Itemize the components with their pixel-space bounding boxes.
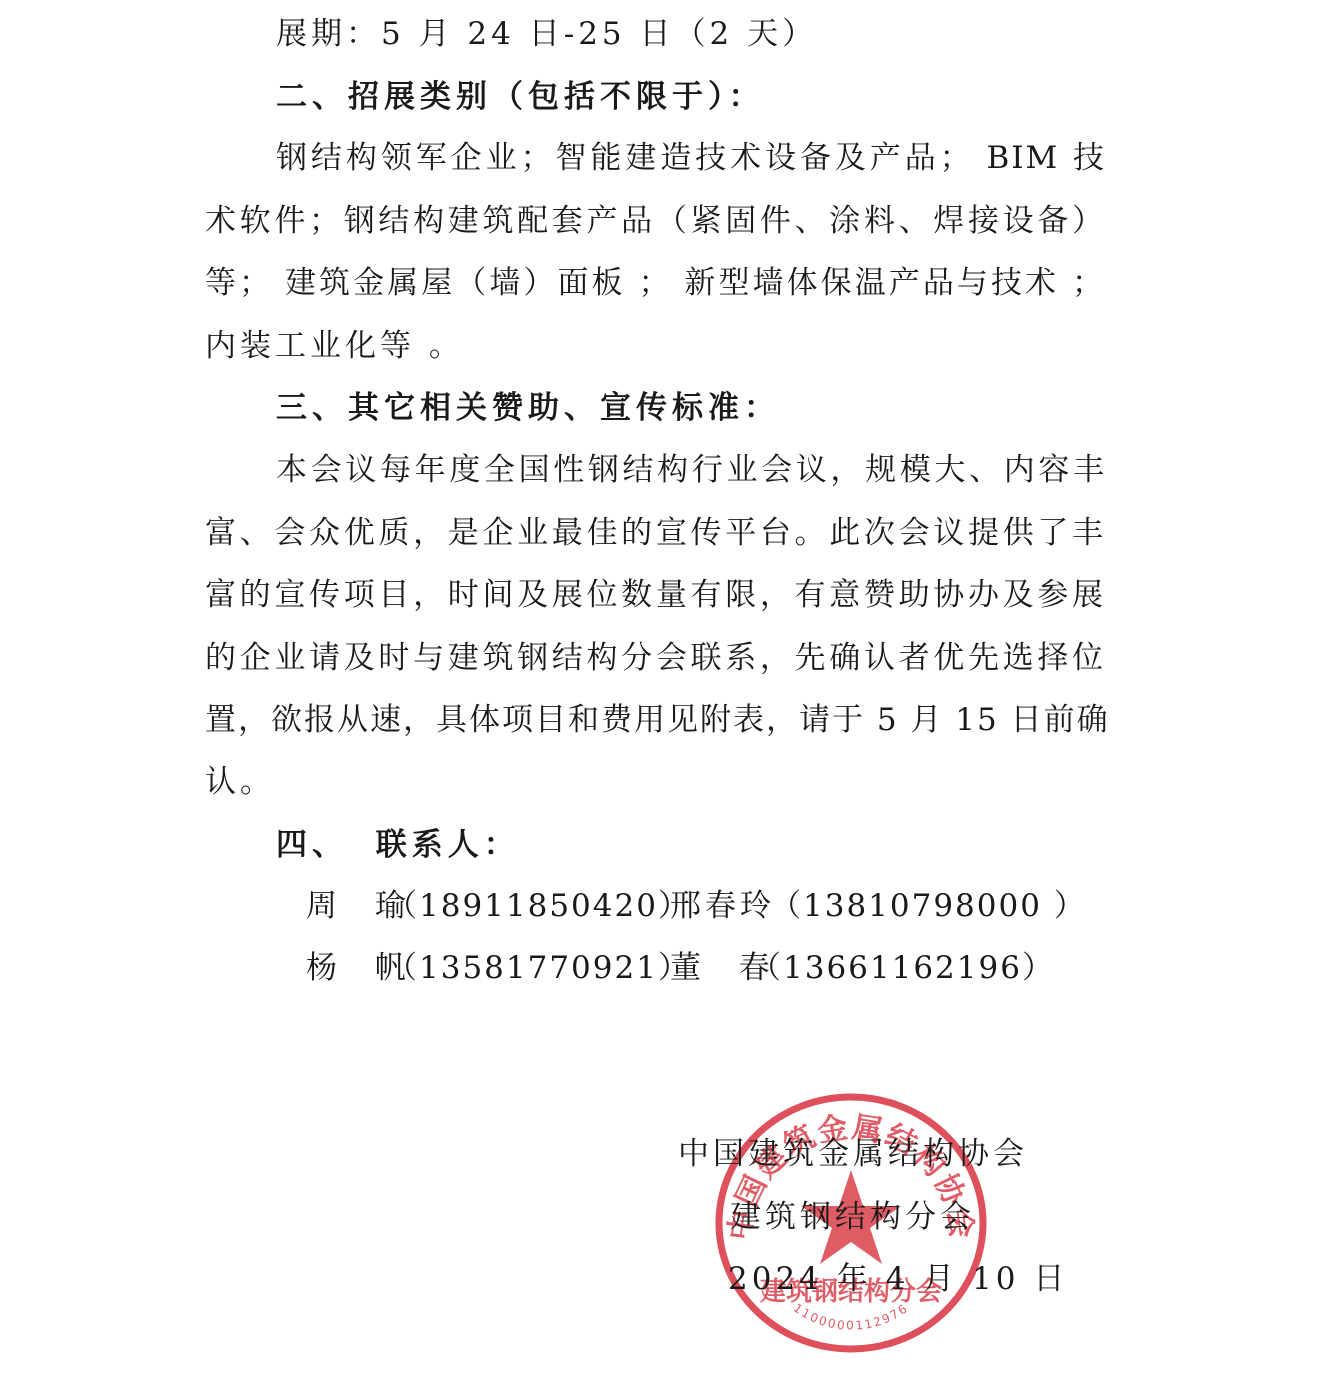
section-3-line: 富、会众优质，是企业最佳的宣传平台。此次会议提供了丰	[205, 513, 1105, 553]
exhibition-period: 展期：5 月 24 日-25 日（2 天）	[276, 14, 817, 54]
section-3-heading: 三、其它相关赞助、宣传标准：	[276, 388, 780, 428]
section-3-line: 的企业请及时与建筑钢结构分会联系，先确认者优先选择位	[205, 638, 1105, 678]
signature-branch: 建筑钢结构分会	[730, 1197, 975, 1237]
signature-organization: 中国建筑金属结构协会	[678, 1134, 1028, 1174]
section-2-line: 术软件；钢结构建筑配套产品（紧固件、涂料、焊接设备）	[205, 201, 1105, 241]
contact-phone: （13661162196）	[750, 948, 1055, 988]
section-2-line: 钢结构领军企业；智能建造技术设备及产品； BIM 技	[276, 138, 1106, 178]
signature-date: 2024 年 4 月 10 日	[728, 1259, 1068, 1299]
contact-phone: （13581770921）	[386, 948, 691, 988]
section-2-line: 内装工业化等 。	[205, 326, 464, 366]
section-3-line: 认。	[205, 762, 275, 802]
section-3-line: 置，欲报从速，具体项目和费用见附表，请于 5 月 15 日前确	[205, 700, 1105, 740]
contact-name: 邢春玲	[670, 886, 775, 926]
section-3-line: 本会议每年度全国性钢结构行业会议，规模大、内容丰	[276, 450, 1106, 490]
contact-phone: （13810798000 ）	[770, 886, 1087, 926]
contact-phone: （18911850420）	[386, 886, 691, 926]
section-2-heading: 二、招展类别（包括不限于）：	[276, 77, 765, 117]
section-3-line: 富的宣传项目，时间及展位数量有限，有意赞助协办及参展	[205, 575, 1105, 615]
section-4-heading: 四、 联系人：	[276, 825, 520, 865]
section-2-line: 等； 建筑金属屋（墙）面板 ； 新型墙体保温产品与技术 ；	[205, 263, 1105, 303]
